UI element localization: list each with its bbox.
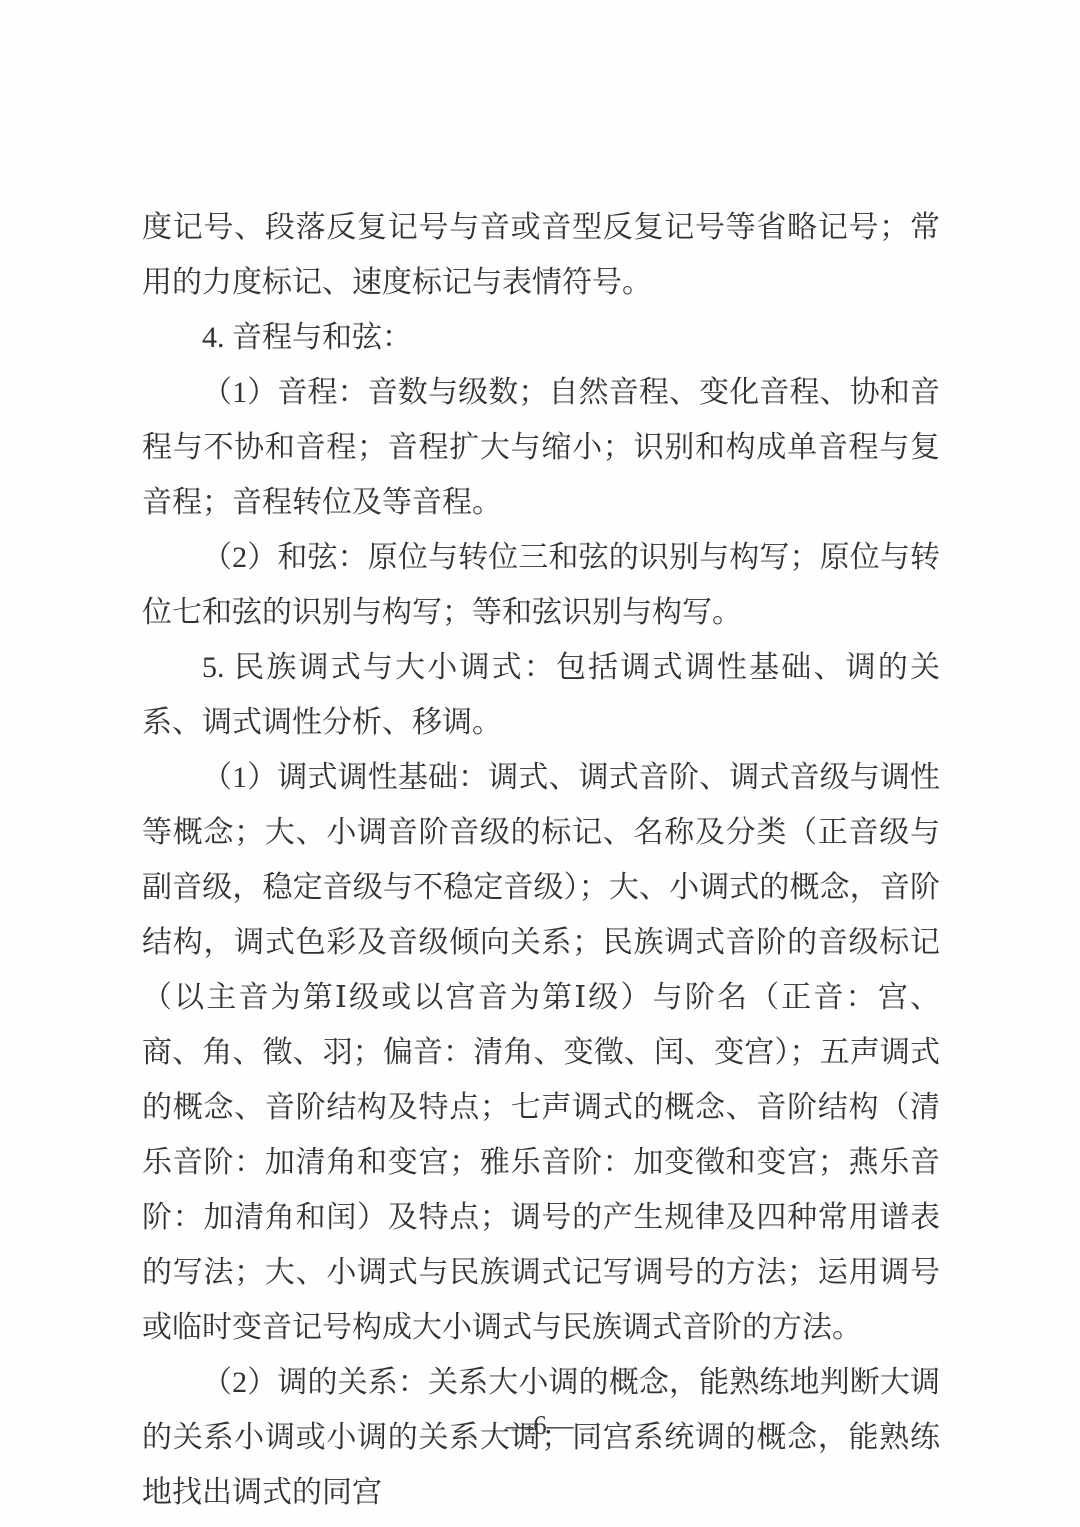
paragraph-4-item-2: （2）和弦：原位与转位三和弦的识别与构写；原位与转位七和弦的识别与构写；等和弦识…: [142, 530, 940, 640]
paragraph-heading-4: 4. 音程与和弦：: [142, 310, 940, 365]
paragraph-continuation: 度记号、段落反复记号与音或音型反复记号等省略记号；常用的力度标记、速度标记与表情…: [142, 200, 940, 310]
paragraph-4-item-1: （1）音程：音数与级数；自然音程、变化音程、协和音程与不协和音程；音程扩大与缩小…: [142, 365, 940, 530]
paragraph-heading-5: 5. 民族调式与大小调式：包括调式调性基础、调的关系、调式调性分析、移调。: [142, 640, 940, 750]
document-page: 度记号、段落反复记号与音或音型反复记号等省略记号；常用的力度标记、速度标记与表情…: [0, 0, 1080, 1527]
paragraph-5-item-1: （1）调式调性基础：调式、调式音阶、调式音级与调性等概念；大、小调音阶音级的标记…: [142, 750, 940, 1355]
page-number: —6—: [0, 1408, 1080, 1442]
text-block: 度记号、段落反复记号与音或音型反复记号等省略记号；常用的力度标记、速度标记与表情…: [142, 200, 940, 1520]
